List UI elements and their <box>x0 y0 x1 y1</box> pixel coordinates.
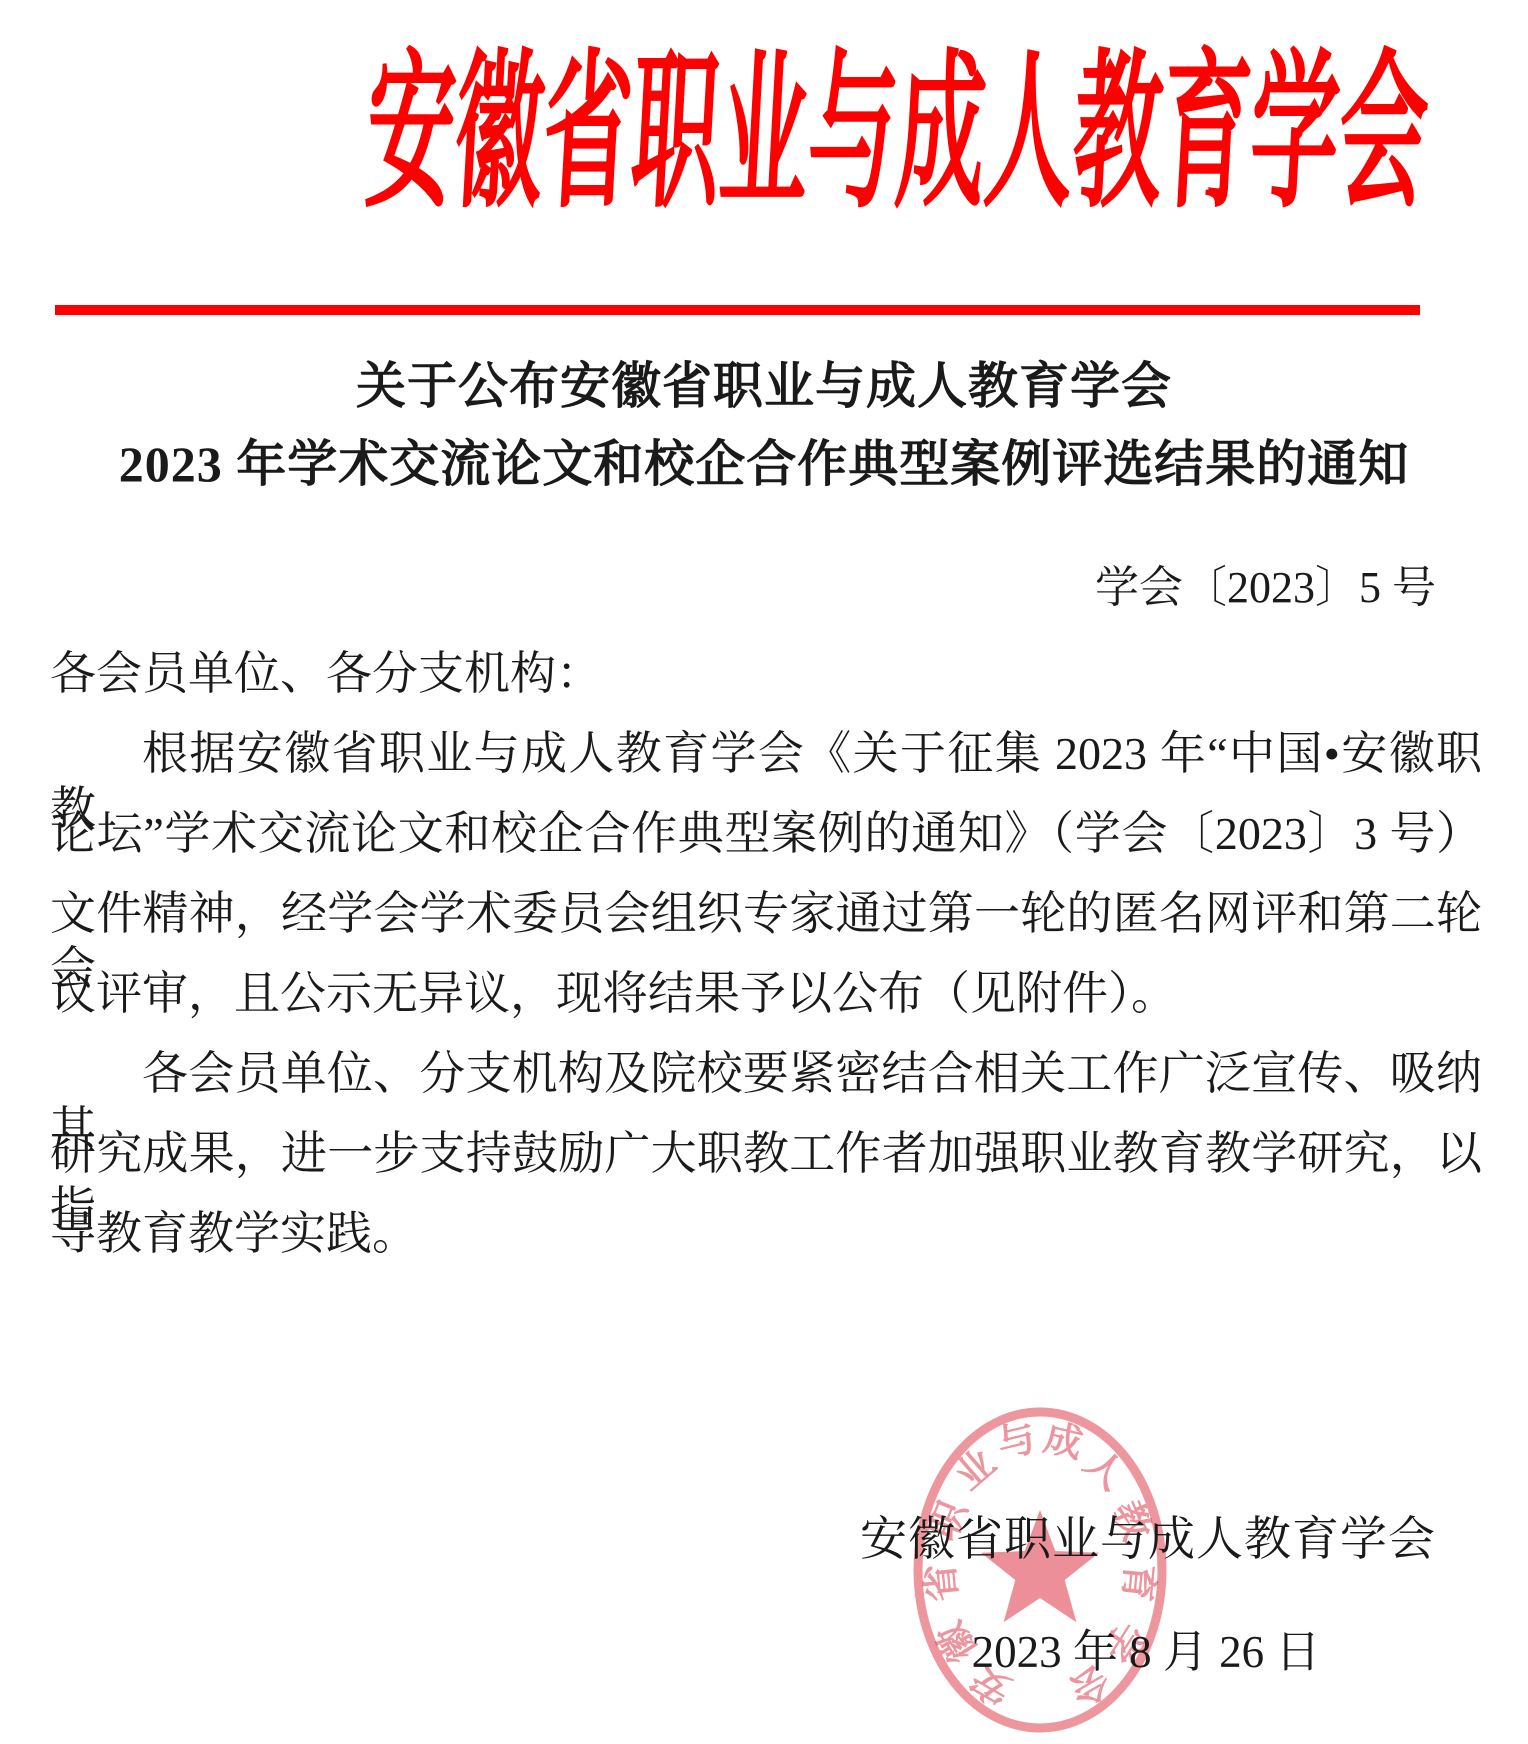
red-divider-line <box>55 305 1420 315</box>
body-line: 导教育教学实践。 <box>50 1206 1482 1261</box>
notice-title-line1: 关于公布安徽省职业与成人教育学会 <box>0 346 1528 418</box>
seal-char: 成 <box>1040 1417 1087 1467</box>
document-page: 安徽省职业与成人教育学会 安徽省职业与成人教育学会 关于公布安徽省职业与成人教育… <box>0 0 1528 1744</box>
signature-date: 2023 年 8 月 26 日 <box>860 1615 1432 1680</box>
body-line: 论坛”学术交流论文和校企合作典型案例的通知》（学会〔2023〕3 号） <box>50 806 1482 861</box>
official-seal: 安徽省职业与成人教育学会 <box>0 0 1528 1744</box>
seal-char: 业 <box>948 1442 1004 1499</box>
seal-char: 人 <box>1076 1442 1132 1499</box>
letterhead-org-name: 安徽省职业与成人教育学会 <box>362 38 1167 228</box>
document-number: 学会〔2023〕5 号 <box>1095 551 1436 615</box>
signature-block: 安徽省职业与成人教育学会 2023 年 8 月 26 日 <box>860 1502 1432 1680</box>
notice-title-line2: 2023 年学术交流论文和校企合作典型案例评选结果的通知 <box>0 424 1528 496</box>
salutation: 各会员单位、各分支机构： <box>50 646 1482 701</box>
seal-char: 与 <box>993 1417 1040 1467</box>
signature-org-name: 安徽省职业与成人教育学会 <box>860 1502 1432 1569</box>
body-line: 议评审，且公示无异议，现将结果予以公布（见附件）。 <box>50 966 1482 1021</box>
